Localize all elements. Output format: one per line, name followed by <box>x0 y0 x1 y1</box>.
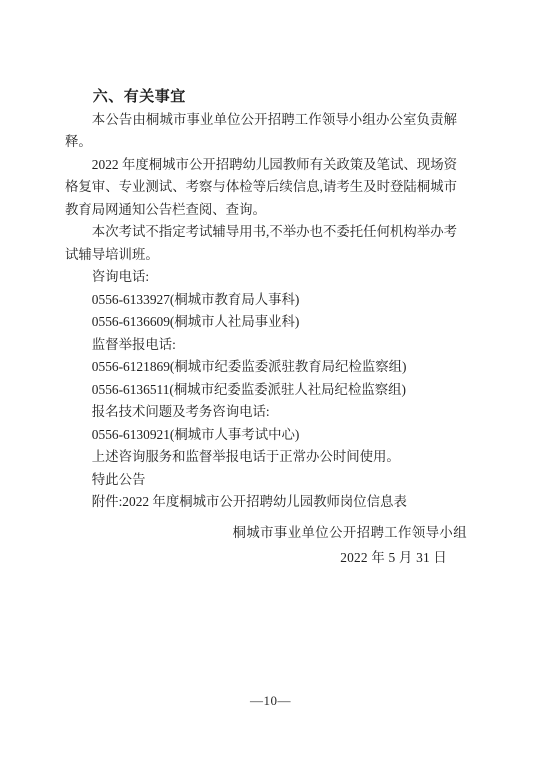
document-page: 六、有关事宜 本公告由桐城市事业单位公开招聘工作领导小组办公室负责解释。 202… <box>0 0 541 765</box>
label-supervision-phone: 监督举报电话: <box>65 334 457 357</box>
signature-block: 桐城市事业单位公开招聘工作领导小组 2022 年 5 月 31 日 <box>65 520 467 570</box>
label-consult-phone: 咨询电话: <box>65 266 457 289</box>
label-technical-phone: 报名技术问题及考务咨询电话: <box>65 401 457 424</box>
phone-hr-bureau: 0556-6136609(桐城市人社局事业科) <box>65 311 457 334</box>
paragraph-office-hours: 上述咨询服务和监督举报电话于正常办公时间使用。 <box>65 446 457 469</box>
phone-education-bureau: 0556-6133927(桐城市教育局人事科) <box>65 289 457 312</box>
phone-discipline-hr: 0556-6136511(桐城市纪委监委派驻人社局纪检监察组) <box>65 379 457 402</box>
page-number: —10— <box>0 693 541 709</box>
phone-exam-center: 0556-6130921(桐城市人事考试中心) <box>65 424 457 447</box>
signature-organization: 桐城市事业单位公开招聘工作领导小组 <box>65 520 467 545</box>
phone-discipline-education: 0556-6121869(桐城市纪委监委派驻教育局纪检监察组) <box>65 356 457 379</box>
paragraph-attachment: 附件:2022 年度桐城市公开招聘幼儿园教师岗位信息表 <box>65 491 457 514</box>
paragraph-followup-info: 2022 年度桐城市公开招聘幼儿园教师有关政策及笔试、现场资格复审、专业测试、考… <box>65 154 457 222</box>
signature-date: 2022 年 5 月 31 日 <box>65 545 467 570</box>
document-body: 六、有关事宜 本公告由桐城市事业单位公开招聘工作领导小组办公室负责解释。 202… <box>65 86 457 514</box>
section-heading: 六、有关事宜 <box>65 86 457 109</box>
paragraph-interpretation: 本公告由桐城市事业单位公开招聘工作领导小组办公室负责解释。 <box>65 109 457 154</box>
paragraph-no-training: 本次考试不指定考试辅导用书,不举办也不委托任何机构举办考试辅导培训班。 <box>65 221 457 266</box>
paragraph-announcement-close: 特此公告 <box>65 469 457 492</box>
